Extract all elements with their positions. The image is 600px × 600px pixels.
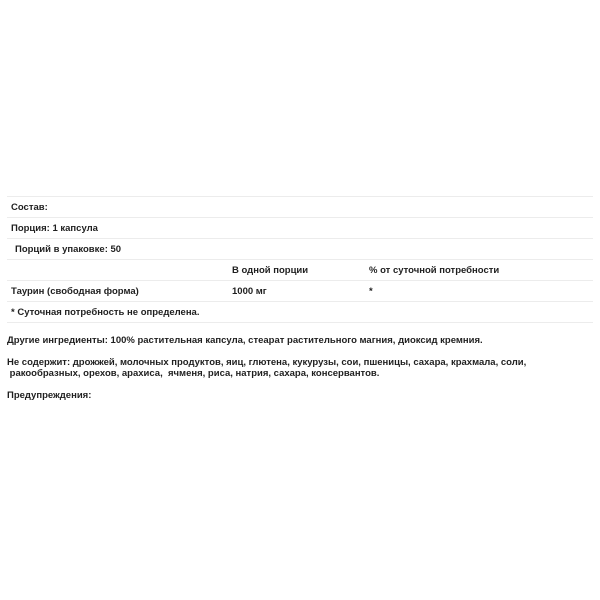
column-header-daily-value: % от суточной потребности bbox=[369, 265, 499, 276]
composition-title: Состав: bbox=[11, 202, 48, 213]
table-row: Таурин (свободная форма) 1000 мг * bbox=[7, 280, 593, 301]
table-header-row: В одной порции % от суточной потребности bbox=[7, 259, 593, 280]
footnote: * Суточная потребность не определена. bbox=[11, 307, 199, 318]
column-header-amount: В одной порции bbox=[232, 265, 308, 276]
ingredient-daily-value: * bbox=[369, 286, 373, 297]
servings-per-container: Порций в упаковке: 50 bbox=[15, 244, 121, 255]
ingredient-amount: 1000 мг bbox=[232, 286, 267, 297]
does-not-contain-line2: ракообразных, орехов, арахиса, ячменя, р… bbox=[7, 368, 597, 380]
table-row-title: Состав: bbox=[7, 196, 593, 217]
table-row-servings-per-container: Порций в упаковке: 50 bbox=[7, 238, 593, 259]
does-not-contain-line1: Не содержит: дрожжей, молочных продуктов… bbox=[7, 357, 597, 369]
serving-size: Порция: 1 капсула bbox=[11, 223, 98, 234]
table-row-footnote: * Суточная потребность не определена. bbox=[7, 301, 593, 323]
ingredient-name: Таурин (свободная форма) bbox=[11, 286, 139, 297]
supplement-facts-table: Состав: Порция: 1 капсула Порций в упако… bbox=[7, 196, 593, 323]
table-row-serving-size: Порция: 1 капсула bbox=[7, 217, 593, 238]
product-notes: Другие ингредиенты: 100% растительная ка… bbox=[7, 335, 597, 401]
warnings-heading: Предупреждения: bbox=[7, 390, 597, 402]
other-ingredients: Другие ингредиенты: 100% растительная ка… bbox=[7, 335, 597, 347]
